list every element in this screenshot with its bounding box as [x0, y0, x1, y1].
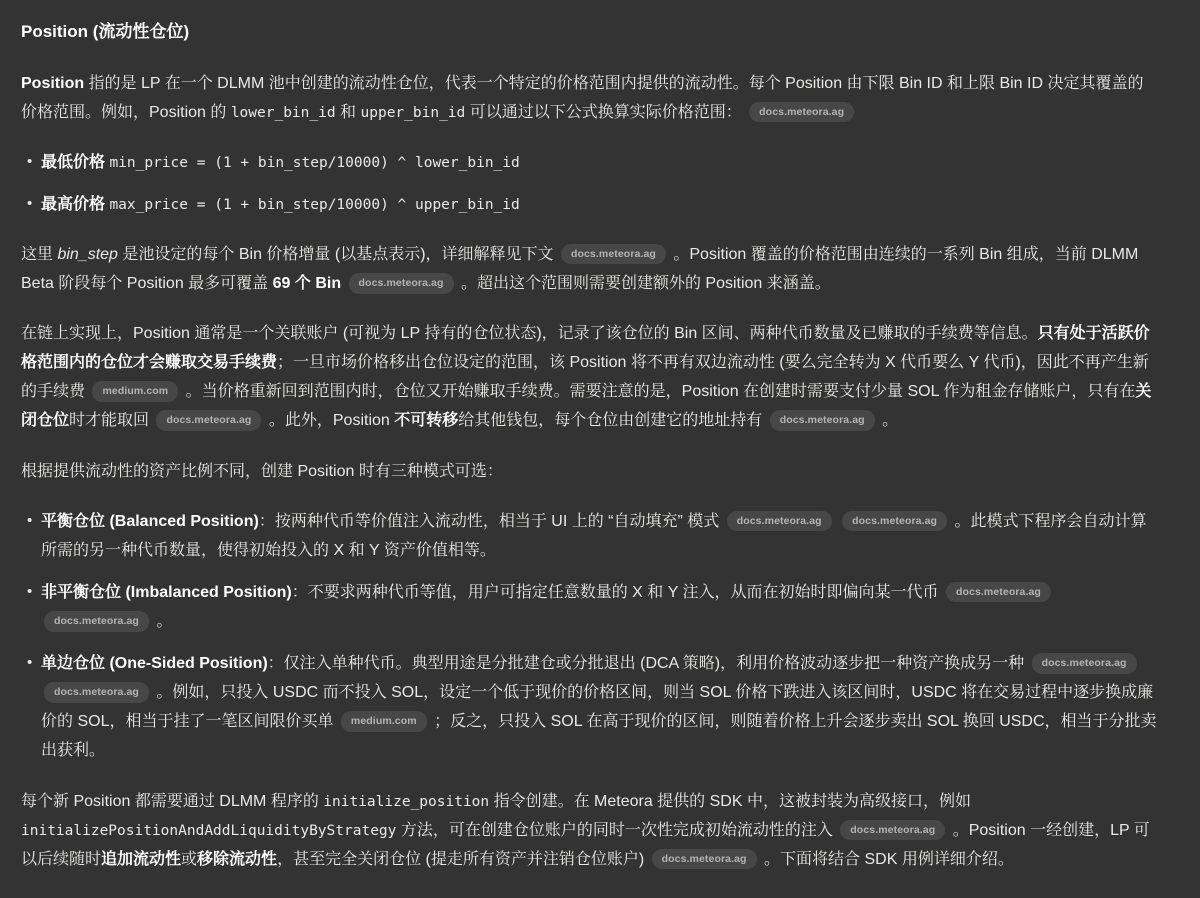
document-body: Position (流动性仓位)Position 指的是 LP 在一个 DLMM…: [0, 0, 1200, 898]
text-run: ：仅注入单种代币。典型用途是分批建仓或分批退出 (DCA 策略)，利用价格波动逐…: [268, 655, 1029, 672]
citation-badge[interactable]: docs.meteora.ag: [749, 102, 854, 123]
list-item: 单边仓位 (One-Sided Position)：仅注入单种代币。典型用途是分…: [41, 649, 1158, 765]
text-run: 。: [152, 613, 172, 630]
inline-code: max_price = (1 + bin_step/10000) ^ upper…: [109, 197, 519, 213]
text-run: 时才能取回: [69, 412, 153, 429]
list-item: 最高价格 max_price = (1 + bin_step/10000) ^ …: [41, 190, 1158, 219]
paragraph: 根据提供流动性的资产比例不同，创建 Position 时有三种模式可选：: [21, 457, 1158, 486]
inline-code: initializePositionAndAddLiquidityByStrat…: [21, 823, 396, 839]
text-run: 69 个 Bin: [273, 275, 341, 292]
citation-badge[interactable]: docs.meteora.ag: [840, 820, 945, 841]
text-run: 方法，可在创建仓位账户的同时一次性完成初始流动性的注入: [396, 822, 837, 839]
text-run: 根据提供流动性的资产比例不同，创建 Position 时有三种模式可选：: [21, 463, 503, 480]
citation-badge[interactable]: docs.meteora.ag: [156, 410, 261, 431]
inline-code: min_price = (1 + bin_step/10000) ^ lower…: [109, 155, 519, 171]
text-run: 最低价格: [41, 154, 109, 171]
text-run: 移除流动性: [197, 851, 277, 868]
text-run: 是池设定的每个 Bin 价格增量 (以基点表示)，详细解释见下文: [118, 246, 558, 263]
text-run: ：按两种代币等价值注入流动性，相当于 UI 上的 “自动填充” 模式: [259, 513, 724, 530]
text-run: ，甚至完全关闭仓位 (提走所有资产并注销仓位账户): [277, 851, 649, 868]
citation-badge[interactable]: docs.meteora.ag: [44, 611, 149, 632]
text-run: 单边仓位 (One-Sided Position): [41, 655, 268, 672]
citation-badge[interactable]: docs.meteora.ag: [349, 273, 454, 294]
text-run: 给其他钱包，每个仓位由创建它的地址持有: [458, 412, 766, 429]
inline-code: upper_bin_id: [361, 105, 466, 121]
text-run: 可以通过以下公式换算实际价格范围：: [465, 104, 746, 121]
citation-badge[interactable]: docs.meteora.ag: [842, 511, 947, 532]
citation-badge[interactable]: docs.meteora.ag: [770, 410, 875, 431]
paragraph: 这里 bin_step 是池设定的每个 Bin 价格增量 (以基点表示)，详细解…: [21, 240, 1158, 298]
text-run: 指令创建。在 Meteora 提供的 SDK 中，这被封装为高级接口，例如: [489, 793, 971, 810]
text-run: 追加流动性: [101, 851, 181, 868]
list-item: 平衡仓位 (Balanced Position)：按两种代币等价值注入流动性，相…: [41, 507, 1158, 565]
text-run: 在链上实现上，Position 通常是一个关联账户 (可视为 LP 持有的仓位状…: [21, 325, 1038, 342]
citation-badge[interactable]: docs.meteora.ag: [561, 244, 666, 265]
text-run: 或: [181, 851, 197, 868]
citation-badge[interactable]: docs.meteora.ag: [652, 849, 757, 870]
paragraph: 每个新 Position 都需要通过 DLMM 程序的 initialize_p…: [21, 787, 1158, 874]
text-run: ：不要求两种代币等值，用户可指定任意数量的 X 和 Y 注入，从而在初始时即偏向…: [292, 584, 943, 601]
paragraph: 在链上实现上，Position 通常是一个关联账户 (可视为 LP 持有的仓位状…: [21, 319, 1158, 435]
page-title: Position (流动性仓位): [21, 19, 1158, 45]
text-run: 。此外，Position: [264, 412, 394, 429]
bullet-list: 最低价格 min_price = (1 + bin_step/10000) ^ …: [21, 148, 1158, 219]
text-run: 最高价格: [41, 196, 109, 213]
text-run: [835, 513, 839, 530]
citation-badge[interactable]: medium.com: [92, 381, 178, 402]
text-run: 每个新 Position 都需要通过 DLMM 程序的: [21, 793, 323, 810]
paragraph: Position 指的是 LP 在一个 DLMM 池中创建的流动性仓位，代表一个…: [21, 69, 1158, 127]
text-run: Position: [21, 75, 84, 92]
text-run: 这里: [21, 246, 57, 263]
text-run: Position (流动性仓位): [21, 22, 189, 41]
text-run: 。当价格重新回到范围内时，仓位又开始赚取手续费。需要注意的是，Position …: [181, 383, 1135, 400]
inline-code: initialize_position: [323, 794, 489, 810]
text-run: 。下面将结合 SDK 用例详细介绍。: [760, 851, 1014, 868]
text-run: 。超出这个范围则需要创建额外的 Position 来涵盖。: [457, 275, 831, 292]
text-run: 平衡仓位 (Balanced Position): [41, 513, 259, 530]
text-run: 非平衡仓位 (Imbalanced Position): [41, 584, 292, 601]
text-run: 。: [878, 412, 898, 429]
list-item: 非平衡仓位 (Imbalanced Position)：不要求两种代币等值，用户…: [41, 578, 1158, 636]
citation-badge[interactable]: docs.meteora.ag: [946, 582, 1051, 603]
citation-badge[interactable]: docs.meteora.ag: [1032, 653, 1137, 674]
text-run: bin_step: [57, 246, 118, 263]
list-item: 最低价格 min_price = (1 + bin_step/10000) ^ …: [41, 148, 1158, 177]
inline-code: lower_bin_id: [231, 105, 336, 121]
bullet-list: 平衡仓位 (Balanced Position)：按两种代币等价值注入流动性，相…: [21, 507, 1158, 766]
text-run: 和: [336, 104, 361, 121]
citation-badge[interactable]: docs.meteora.ag: [727, 511, 832, 532]
citation-badge[interactable]: docs.meteora.ag: [44, 682, 149, 703]
text-run: [341, 275, 345, 292]
text-run: 不可转移: [394, 412, 458, 429]
citation-badge[interactable]: medium.com: [341, 711, 427, 732]
